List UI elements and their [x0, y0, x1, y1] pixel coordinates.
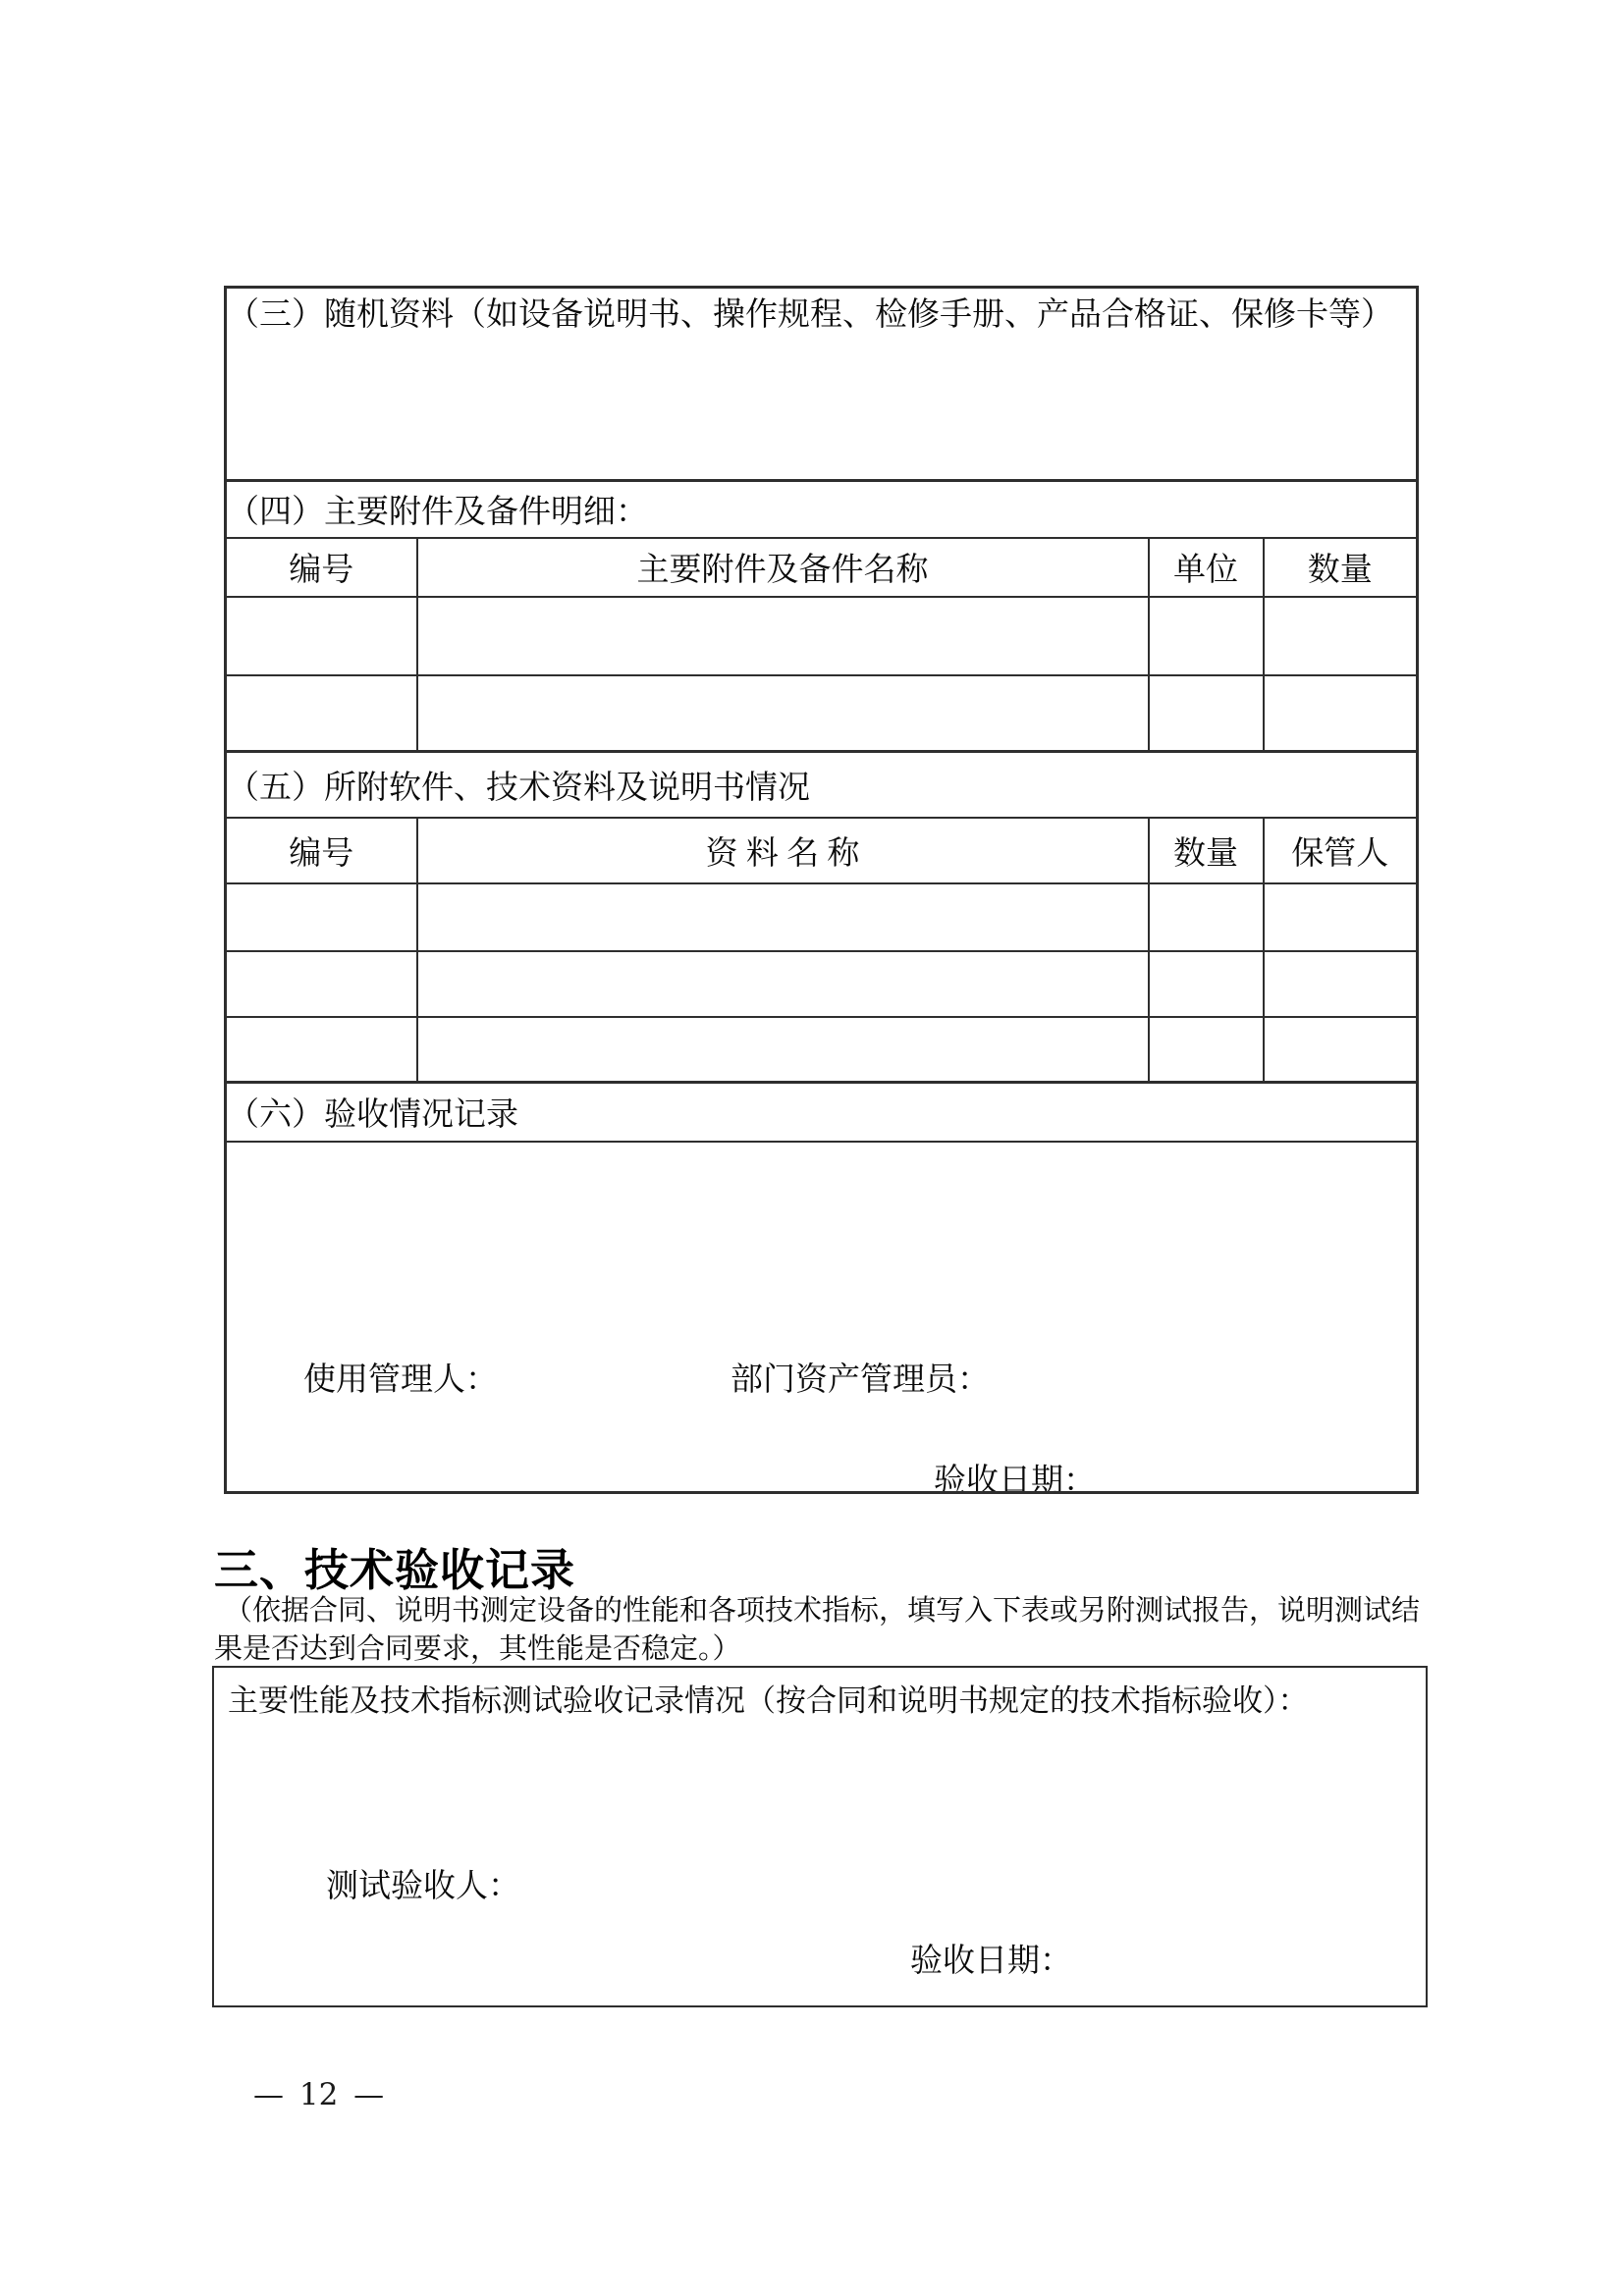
empty-cell [226, 1017, 417, 1083]
section5-title-cell: （五）所附软件、技术资料及说明书情况 [226, 752, 1418, 818]
section4-row [226, 597, 1418, 675]
acceptance-date-label: 验收日期： [934, 1455, 1096, 1493]
empty-cell [1264, 951, 1418, 1017]
empty-cell [1149, 883, 1264, 951]
section5-header-name: 资 料 名 称 [417, 818, 1149, 883]
section5-header-number: 编号 [226, 818, 417, 883]
note-line-2: 果是否达到合同要求，其性能是否稳定。） [214, 1630, 1420, 1669]
empty-cell [226, 951, 417, 1017]
section4-header-qty: 数量 [1264, 538, 1418, 597]
tech-date-label: 验收日期： [910, 1935, 1072, 1981]
tech-acceptance-heading: 三、技术验收记录 [214, 1534, 575, 1598]
section3-title-cell: （三）随机资料（如设备说明书、操作规程、检修手册、产品合格证、保修卡等） [226, 288, 1418, 481]
empty-cell [1149, 597, 1264, 675]
section5-header-keeper: 保管人 [1264, 818, 1418, 883]
tech-acceptance-note: （依据合同、说明书测定设备的性能和各项技术指标，填写入下表或另附测试报告，说明测… [214, 1592, 1420, 1669]
empty-cell [1149, 1017, 1264, 1083]
empty-cell [226, 675, 417, 752]
section5-row [226, 883, 1418, 951]
empty-cell [417, 1017, 1149, 1083]
tech-acceptance-box: 主要性能及技术指标测试验收记录情况（按合同和说明书规定的技术指标验收）： 测试验… [212, 1666, 1428, 2007]
section4-header-number: 编号 [226, 538, 417, 597]
section6-title-cell: （六）验收情况记录 [226, 1083, 1418, 1142]
empty-cell [1264, 883, 1418, 951]
empty-cell [1149, 951, 1264, 1017]
section4-header-unit: 单位 [1149, 538, 1264, 597]
empty-cell [417, 883, 1149, 951]
user-manager-label: 使用管理人： [303, 1354, 498, 1400]
dept-asset-manager-label: 部门资产管理员： [731, 1354, 990, 1400]
document-page: （三）随机资料（如设备说明书、操作规程、检修手册、产品合格证、保修卡等） （四）… [0, 0, 1624, 2296]
tech-box-title: 主要性能及技术指标测试验收记录情况（按合同和说明书规定的技术指标验收）： [214, 1668, 1426, 1720]
section4-title-cell: （四）主要附件及备件明细： [226, 481, 1418, 538]
acceptance-form-table: （三）随机资料（如设备说明书、操作规程、检修手册、产品合格证、保修卡等） （四）… [224, 286, 1419, 1494]
empty-cell [1264, 675, 1418, 752]
empty-cell [1149, 675, 1264, 752]
section5-row [226, 951, 1418, 1017]
empty-cell [417, 675, 1149, 752]
empty-cell [417, 597, 1149, 675]
section5-header-qty: 数量 [1149, 818, 1264, 883]
section4-header-name: 主要附件及备件名称 [417, 538, 1149, 597]
section5-row [226, 1017, 1418, 1083]
section4-row [226, 675, 1418, 752]
section6-record-cell: 使用管理人： 部门资产管理员： 验收日期： [226, 1142, 1418, 1493]
note-line-1: （依据合同、说明书测定设备的性能和各项技术指标，填写入下表或另附测试报告，说明测… [214, 1592, 1420, 1630]
empty-cell [226, 597, 417, 675]
empty-cell [1264, 1017, 1418, 1083]
empty-cell [417, 951, 1149, 1017]
tester-label: 测试验收人： [326, 1860, 520, 1906]
empty-cell [226, 883, 417, 951]
page-number: — 12 — [253, 2077, 384, 2112]
empty-cell [1264, 597, 1418, 675]
